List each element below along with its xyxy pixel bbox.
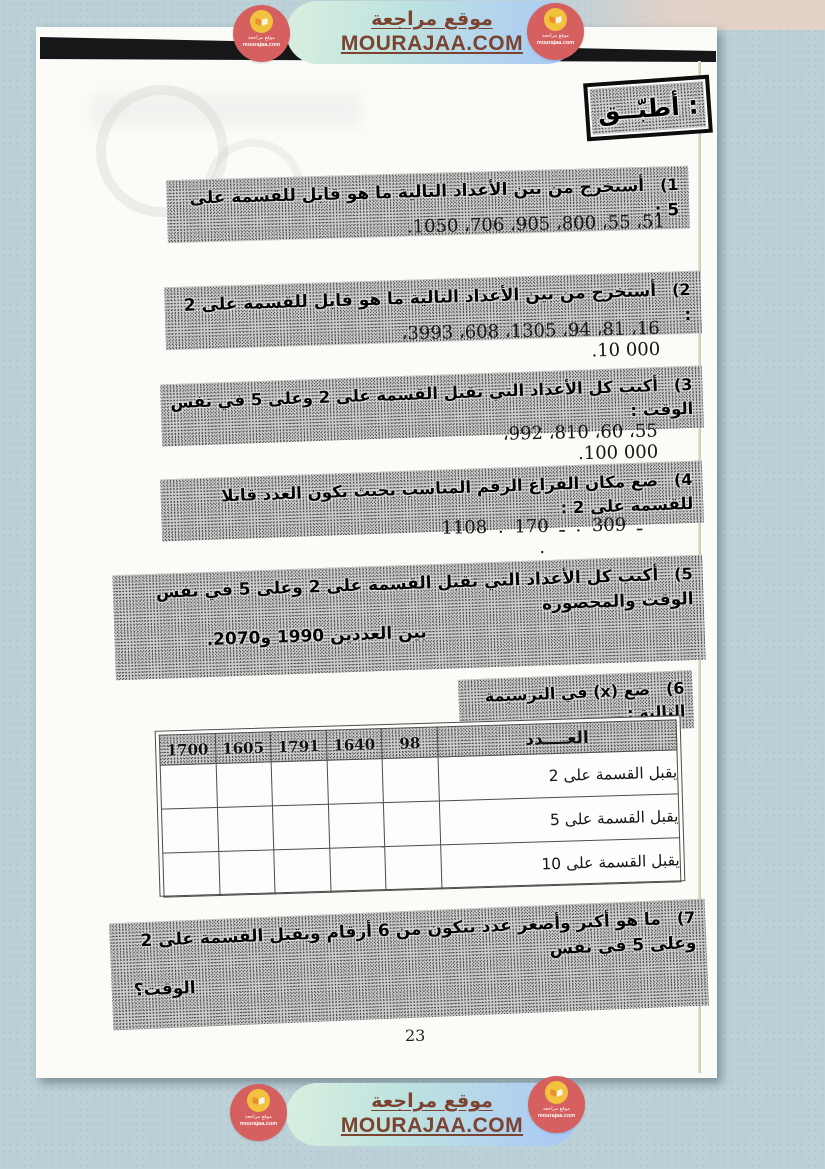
section-title-box: أطبّــق :	[583, 75, 713, 142]
answer-cell	[384, 801, 441, 847]
logo-book-icon	[544, 8, 567, 31]
exercise-7-text-line2: الوقت؟	[119, 955, 698, 1004]
screenshot-root: أطبّــق : (1أستخرج من بين الأعداد التالي…	[0, 0, 825, 1169]
page-number: 23	[405, 1026, 425, 1045]
footer-site-domain-link[interactable]: MOURAJAA.COM	[341, 1113, 523, 1139]
exercise-3-numbers: 55، 60، 810، 992، 100 000.	[418, 420, 659, 467]
answer-cell	[327, 759, 384, 805]
exercise-5-marker: (5	[674, 562, 693, 586]
exercise-4-marker: (4	[674, 468, 693, 492]
badge-text-domain: mourajaa.com	[537, 40, 574, 46]
exercise-7-marker: (7	[676, 906, 695, 930]
exercise-2-numbers: 16، 81، 94، 1305، 608، 3993، 10 000.	[366, 318, 661, 366]
exercise-7-prompt: (7ما هو أكبر وأصغر عدد يتكون من 6 أرقام …	[109, 899, 709, 1031]
exercise-1-numbers: 51، 55، 800، 905، 706، 1050.	[395, 211, 665, 238]
exercise-7-text: ما هو أكبر وأصغر عدد يتكون من 6 أرقام وي…	[140, 909, 697, 958]
answer-cell	[382, 757, 439, 803]
exercise-4-text: ضع مكان الفراغ الرقم المناسب بحيث يكون ا…	[221, 471, 694, 517]
table-header-98: 98	[382, 727, 438, 759]
divisibility-grid: العــــدد 98 1640 1791 1605 1700 يقبل ال…	[159, 719, 682, 897]
exercise-1-marker: (1	[660, 173, 679, 197]
exercise-4-numbers: 1108 . ـ 309 . ـ 170 .	[434, 514, 651, 560]
site-logo-badge: موقع مراجعة mourajaa.com	[233, 5, 290, 62]
row-label-divisible-by-10: يقبل القسمة على 10	[441, 838, 681, 889]
answer-cell	[273, 804, 330, 850]
exercise-6-marker: (6	[665, 676, 684, 700]
logo-book-icon	[247, 1089, 270, 1112]
header-site-domain-link[interactable]: MOURAJAA.COM	[341, 31, 523, 57]
exercise-5-prompt: (5أكتب كل الأعداد التي تقبل القسمة على 2…	[112, 555, 705, 680]
answer-cell	[160, 764, 217, 810]
exercise-2-marker: (2	[672, 278, 691, 302]
scan-top-tint	[555, 0, 825, 30]
answer-cell	[271, 760, 328, 806]
table-header-1700: 1700	[159, 734, 215, 766]
row-label-divisible-by-5: يقبل القسمة على 5	[439, 794, 679, 845]
table-header-1640: 1640	[326, 729, 382, 761]
site-logo-badge: موقع مراجعة mourajaa.com	[230, 1084, 287, 1141]
answer-cell	[161, 808, 218, 854]
scan-smudge	[91, 93, 361, 127]
logo-book-icon	[545, 1081, 568, 1104]
answer-cell	[330, 847, 387, 893]
row-label-divisible-by-2: يقبل القسمة على 2	[438, 750, 678, 801]
exercise-5-text: أكتب كل الأعداد التي تقبل القسمة على 2 و…	[156, 565, 694, 614]
answer-cell	[385, 845, 442, 891]
scanned-page: أطبّــق : (1أستخرج من بين الأعداد التالي…	[36, 27, 717, 1078]
divisibility-table: العــــدد 98 1640 1791 1605 1700 يقبل ال…	[155, 715, 686, 897]
exercise-5-text-line2: بين العددين 1990 و2070.	[122, 611, 695, 656]
badge-text-domain: mourajaa.com	[243, 42, 280, 48]
logo-book-icon	[250, 10, 273, 33]
badge-text-domain: mourajaa.com	[240, 1121, 277, 1127]
answer-cell	[328, 803, 385, 849]
answer-cell	[217, 806, 274, 852]
site-logo-badge: موقع مراجعة mourajaa.com	[528, 1076, 585, 1133]
footer-site-name-arabic[interactable]: موقع مراجعة	[371, 1090, 493, 1113]
answer-cell	[216, 762, 273, 808]
badge-text-domain: mourajaa.com	[538, 1113, 575, 1119]
section-title: أطبّــق :	[590, 81, 707, 135]
site-logo-badge: موقع مراجعة mourajaa.com	[527, 3, 584, 60]
header-site-name-arabic[interactable]: موقع مراجعة	[371, 8, 493, 31]
exercise-3-text: أكتب كل الأعداد التي تقبل القسمة على 2 و…	[170, 376, 693, 420]
table-header-1605: 1605	[215, 732, 271, 764]
answer-cell	[274, 848, 331, 894]
exercise-3-marker: (3	[674, 373, 693, 397]
table-header-1791: 1791	[270, 730, 326, 762]
answer-cell	[218, 850, 275, 896]
answer-cell	[163, 852, 220, 898]
